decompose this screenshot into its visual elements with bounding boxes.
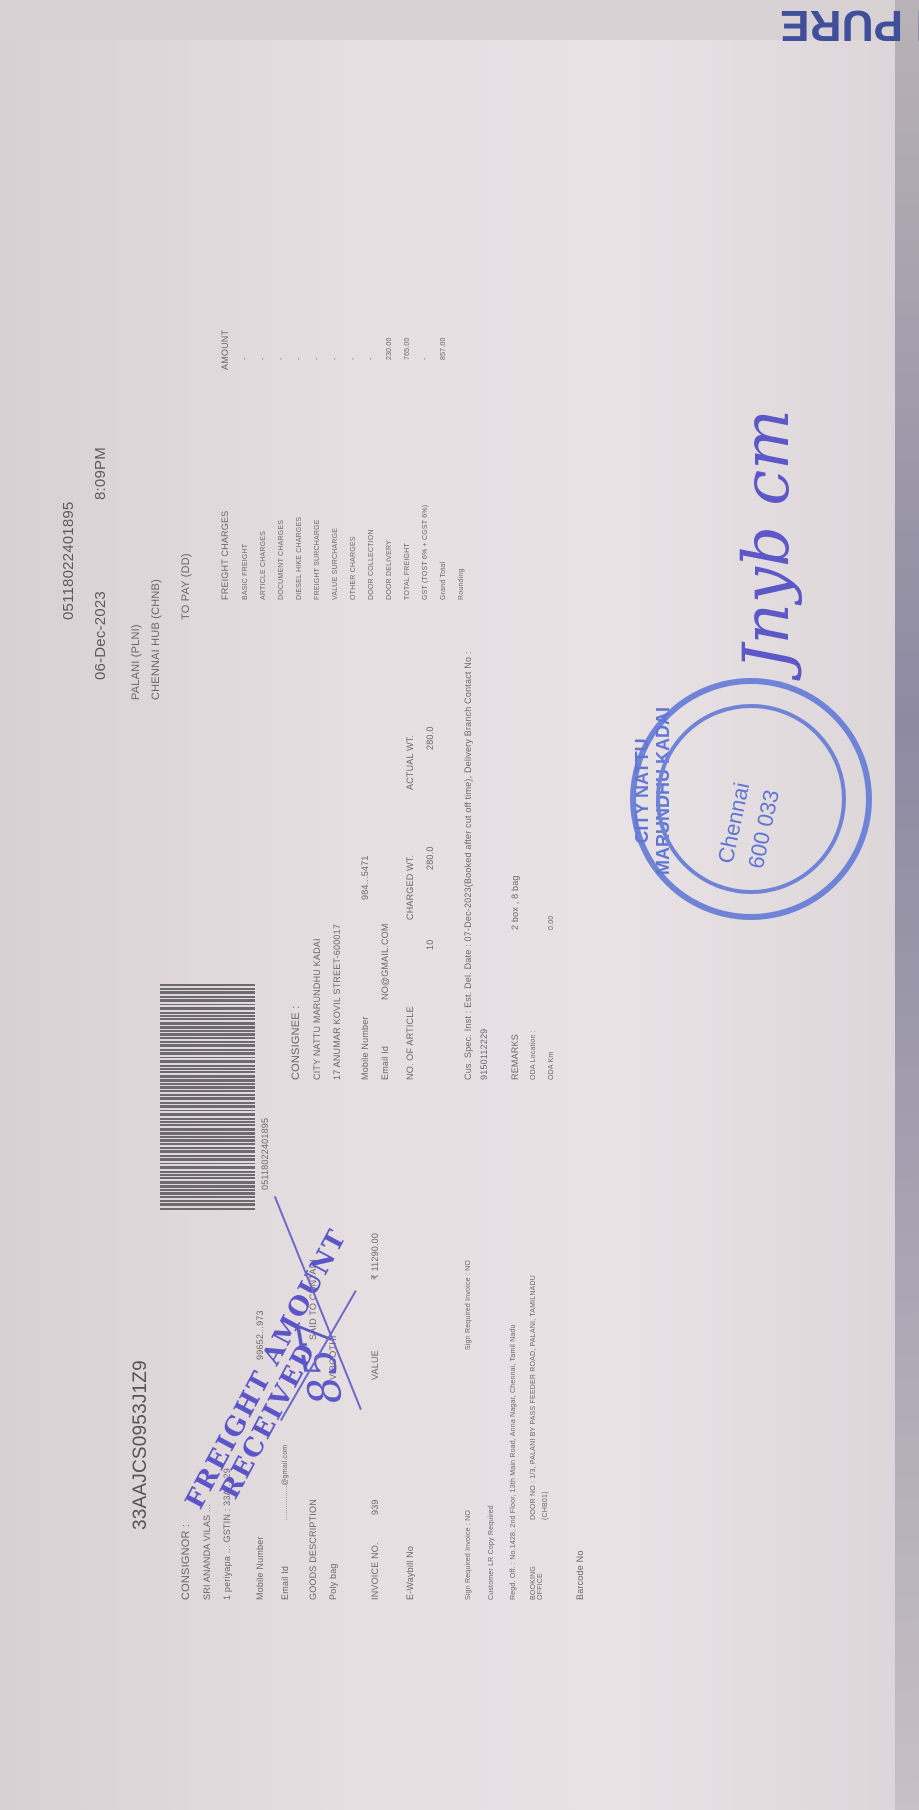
charge-amount: - [242, 357, 249, 360]
invoice-value: 939 [370, 1499, 380, 1515]
oda-km-label: ODA Km [548, 1052, 555, 1080]
charge-amount: - [332, 357, 339, 360]
lr-number: 05118022401895 [60, 502, 77, 620]
charged-wt-label: CHARGED WT. [405, 855, 415, 920]
consignor-email-label: Email Id [280, 1566, 290, 1600]
packing-label: Poly bag [328, 1563, 338, 1600]
charge-amount: 765.00 [404, 337, 411, 360]
charges-header-amount: AMOUNT [220, 330, 230, 370]
invoice-label: INVOICE NO. [370, 1542, 380, 1600]
oda-location-label: ODA Location : [530, 1030, 537, 1080]
seal-city: Chennai [713, 780, 755, 866]
charge-amount: - [422, 357, 429, 360]
goods-description-label: GOODS DESCRIPTION [308, 1499, 318, 1600]
booking-time: 8:09PM [92, 447, 109, 500]
actual-wt-value: 280.0 [425, 726, 435, 750]
charge-amount: - [278, 357, 285, 360]
barcode-label: Barcode No [575, 1550, 585, 1600]
signature: Jnyb cm [730, 409, 804, 670]
oda-km-value: 0.00 [548, 916, 555, 930]
charge-label: Grand Total [440, 562, 447, 600]
destination-station: CHENNAI HUB (CHNB) [150, 579, 162, 700]
charges-header-label: FREIGHT CHARGES [220, 511, 230, 600]
booking-office-value: DOOR NO : 1/3, PALANI BY PASS FEEDER ROA… [530, 1275, 537, 1520]
seal-pin: 600 033 [743, 788, 785, 871]
value-label: VALUE [370, 1350, 380, 1380]
booking-office-code: (CHB01) [542, 1491, 549, 1520]
consignor-email-value: ................@gmail.com [282, 1445, 289, 1520]
delivery-note: Cus. Spec. Inst : Est. Del. Date : 07-De… [460, 640, 492, 1080]
charge-label: OTHER CHARGES [350, 536, 357, 600]
origin-station: PALANI (PLNI) [130, 624, 142, 700]
charge-label: DOOR COLLECTION [368, 529, 375, 600]
consignor-name: SRI ANANDA VILAS ... [202, 1504, 212, 1600]
consignee-mobile-value: 984...5471 [360, 855, 370, 900]
package-brand-text: PON PURE [780, 0, 919, 50]
consignee-mobile-label: Mobile Number [360, 1016, 370, 1080]
charge-label: DOOR DELIVERY [386, 540, 393, 600]
charge-amount: - [314, 357, 321, 360]
charge-amount: - [350, 357, 357, 360]
consignee-heading: CONSIGNEE : [290, 1006, 302, 1080]
consignee-address: 17 ANUMAR KOVIL STREET-600017 [332, 924, 342, 1080]
barcode [160, 983, 255, 1210]
charge-amount: - [368, 357, 375, 360]
actual-wt-label: ACTUAL WT. [405, 735, 415, 790]
charge-amount: - [296, 357, 303, 360]
background-edge [895, 0, 919, 1810]
customer-copy-note: Customer LR Copy Required [488, 1505, 495, 1600]
consignee-email-label: Email Id [380, 1046, 390, 1080]
remarks-label: REMARKS [510, 1034, 520, 1080]
booking-date: 06-Dec-2023 [92, 591, 109, 680]
charge-label: TOTAL FREIGHT [404, 543, 411, 600]
charge-label: ARTICLE CHARGES [260, 531, 267, 600]
charged-wt-value: 280.0 [425, 846, 435, 870]
barcode-number: 05118022401895 [260, 1118, 270, 1190]
charge-amount: 230.00 [386, 337, 393, 360]
charge-label: VALUE SURCHARGE [332, 528, 339, 600]
articles-value: 10 [425, 940, 435, 950]
seal-ring-text: CITY NATTU MARUNDHU KADAI [632, 686, 674, 896]
company-seal: CITY NATTU MARUNDHU KADAI Chennai 600 03… [630, 678, 872, 920]
gstin: 33AAJCS0953J1Z9 [130, 1360, 152, 1530]
charge-label: DIESEL HIKE CHARGES [296, 517, 303, 600]
sign-required-consignor: Sign Required Invoice : NO [465, 1510, 472, 1600]
payment-type: TO PAY (DD) [180, 553, 192, 620]
charge-label: GST (TOST 6% + CGST 6%) [422, 505, 429, 600]
receipt-paper: 05118022401895 06-Dec-2023 8:09PM PALANI… [0, 40, 900, 1810]
charge-label: Rounding [458, 568, 465, 600]
regd-office: Regd. Off. : No.1428, 2nd Floor, 13th Ma… [510, 1324, 517, 1600]
ewaybill-label: E-Waybill No [405, 1546, 415, 1600]
consignee-email-value: NO@GMAIL.COM [380, 923, 390, 1000]
charge-label: DOCUMENT CHARGES [278, 520, 285, 600]
articles-label: NO. OF ARTICLE [405, 1006, 415, 1080]
remarks-value: 2 box , 8 bag [510, 875, 520, 930]
charge-label: FREIGHT SURCHARGE [314, 519, 321, 600]
booking-office-label: BOOKING OFFICE [530, 1540, 544, 1600]
charge-label: BASIC FREIGHT [242, 544, 249, 600]
charge-amount: 857.00 [440, 337, 447, 360]
consignment-note: 05118022401895 06-Dec-2023 8:09PM PALANI… [30, 80, 890, 1800]
consignor-heading: CONSIGNOR : [180, 1524, 192, 1600]
value-amount: ₹ 11290.00 [370, 1233, 381, 1280]
consignor-mobile-label: Mobile Number [255, 1536, 265, 1600]
charge-amount: - [260, 357, 267, 360]
consignee-name: CITY NATTU MARUNDHU KADAI [312, 938, 322, 1080]
sign-required-consignee: Sign Required Invoice : NO [465, 1260, 472, 1350]
